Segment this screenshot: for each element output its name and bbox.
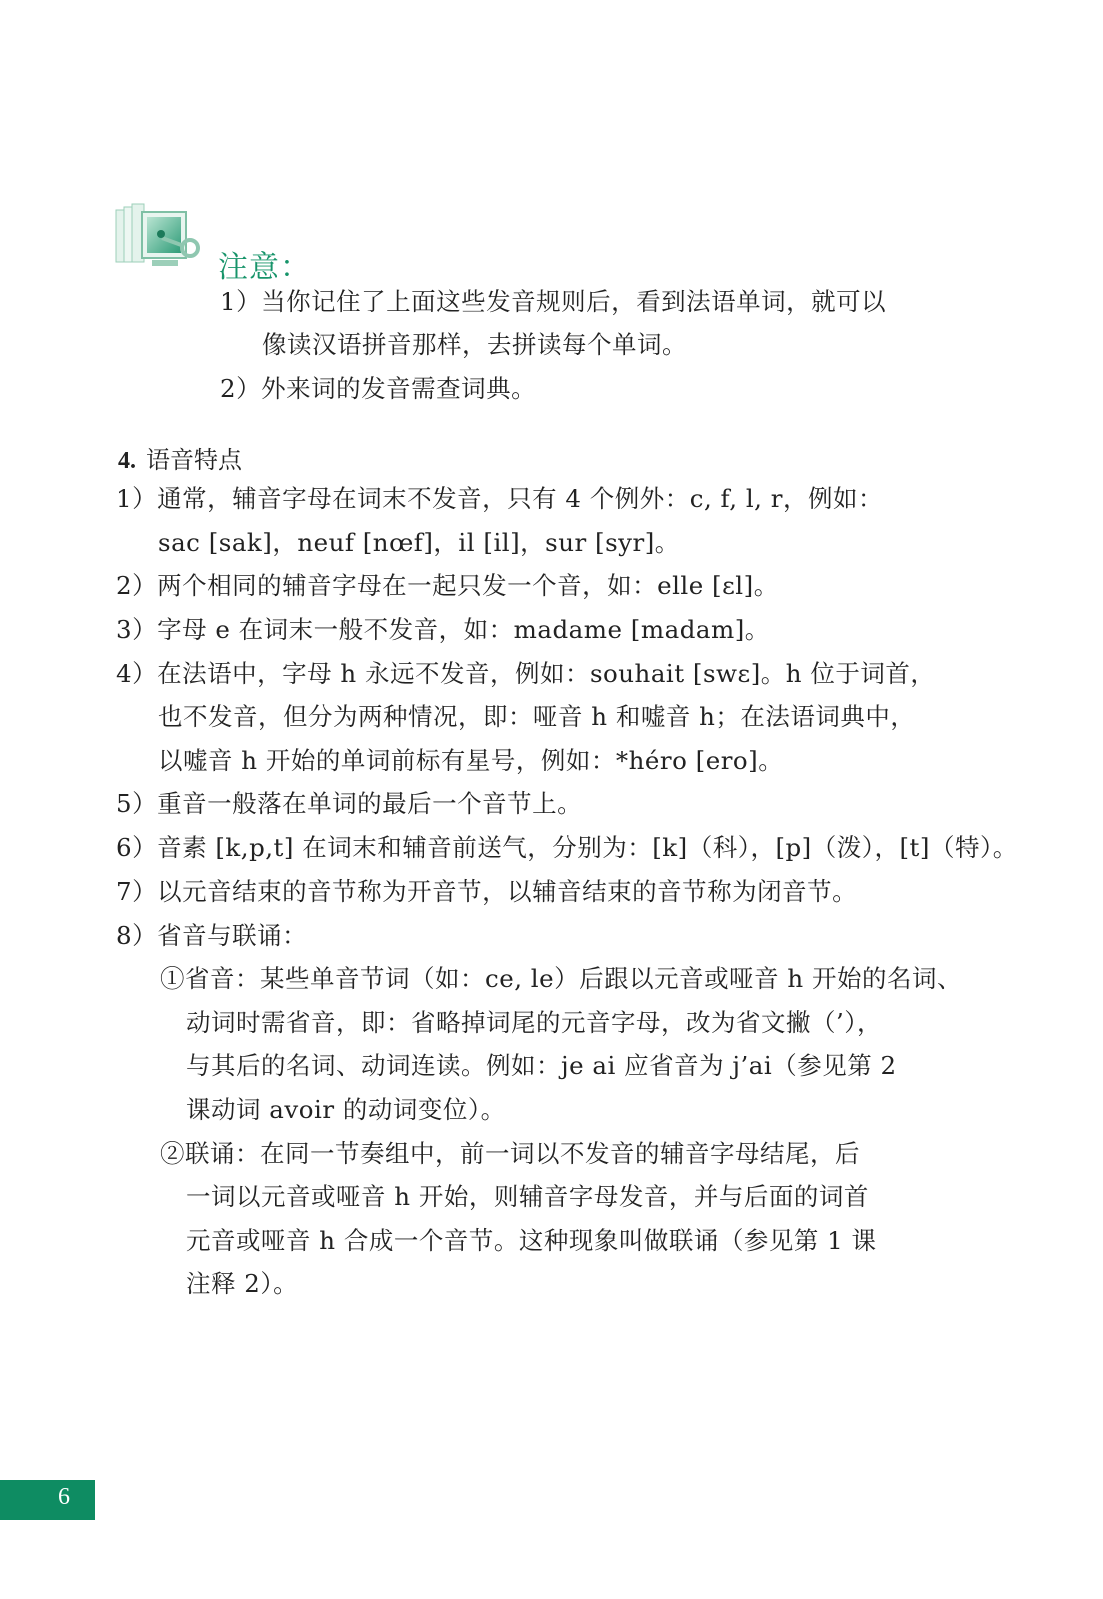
document-page: 注意： 1）当你记住了上面这些发音规则后，看到法语单词，就可以 像读汉语拼音那样…	[0, 0, 1103, 1599]
rule-2: 2）两个相同的辅音字母在一起只发一个音，如：elle [ɛl]。	[116, 571, 779, 601]
rule-5: 5）重音一般落在单词的最后一个音节上。	[116, 789, 582, 819]
rule-8-elision-cont-2: 与其后的名词、动词连读。例如：je ai 应省音为 j’ai（参见第 2	[186, 1051, 897, 1081]
rule-8-liaison-cont-3: 注释 2）。	[186, 1269, 298, 1299]
rule-8-liaison: ②联诵：在同一节奏组中，前一词以不发音的辅音字母结尾，后	[160, 1139, 860, 1169]
section-heading: 4.语音特点	[118, 440, 242, 475]
rule-4-cont-2: 以嘘音 h 开始的单词前标有星号，例如：*héro [ero]。	[158, 746, 783, 776]
rule-1-examples: sac [sak]，neuf [nœf]，il [il]，sur [syr]。	[158, 528, 680, 558]
rule-8-elision-cont-3: 课动词 avoir 的动词变位）。	[186, 1095, 506, 1125]
rule-8-elision-cont-1: 动词时需省音，即：省略掉词尾的元音字母，改为省文撇（’），	[186, 1008, 882, 1038]
rule-8-liaison-cont-2: 元音或哑音 h 合成一个音节。这种现象叫做联诵（参见第 1 课	[186, 1226, 877, 1256]
rule-1: 1）通常，辅音字母在词末不发音，只有 4 个例外：c, f, l, r，例如：	[116, 484, 883, 514]
rule-4-cont-1: 也不发音，但分为两种情况，即：哑音 h 和嘘音 h；在法语词典中，	[158, 702, 915, 732]
section-title: 语音特点	[146, 446, 242, 474]
rule-6: 6）音素 [k,p,t] 在词末和辅音前送气，分别为：[k]（科），[p]（泼）…	[116, 833, 1018, 863]
note-item-2: 2）外来词的发音需查词典。	[220, 374, 536, 404]
rule-7: 7）以元音结束的音节称为开音节，以辅音结束的音节称为闭音节。	[116, 877, 857, 907]
page-number-tab	[0, 1480, 95, 1520]
rule-8-liaison-cont-1: 一词以元音或哑音 h 开始，则辅音字母发音，并与后面的词首	[186, 1182, 869, 1212]
note-item-1: 1）当你记住了上面这些发音规则后，看到法语单词，就可以	[220, 287, 886, 317]
page-number: 6	[58, 1484, 70, 1511]
note-item-1-cont: 像读汉语拼音那样，去拼读每个单词。	[262, 330, 687, 360]
rule-8-elision: ①省音：某些单音节词（如：ce, le）后跟以元音或哑音 h 开始的名词、	[160, 964, 962, 994]
rule-4: 4）在法语中，字母 h 永远不发音，例如：souhait [swɛ]。h 位于词…	[116, 659, 935, 689]
rule-8: 8）省音与联诵：	[116, 921, 307, 951]
section-number: 4.	[118, 448, 136, 474]
note-title: 注意：	[218, 242, 311, 286]
computer-key-icon	[112, 198, 204, 284]
rule-3: 3）字母 e 在词末一般不发音，如：madame [madam]。	[116, 615, 770, 645]
